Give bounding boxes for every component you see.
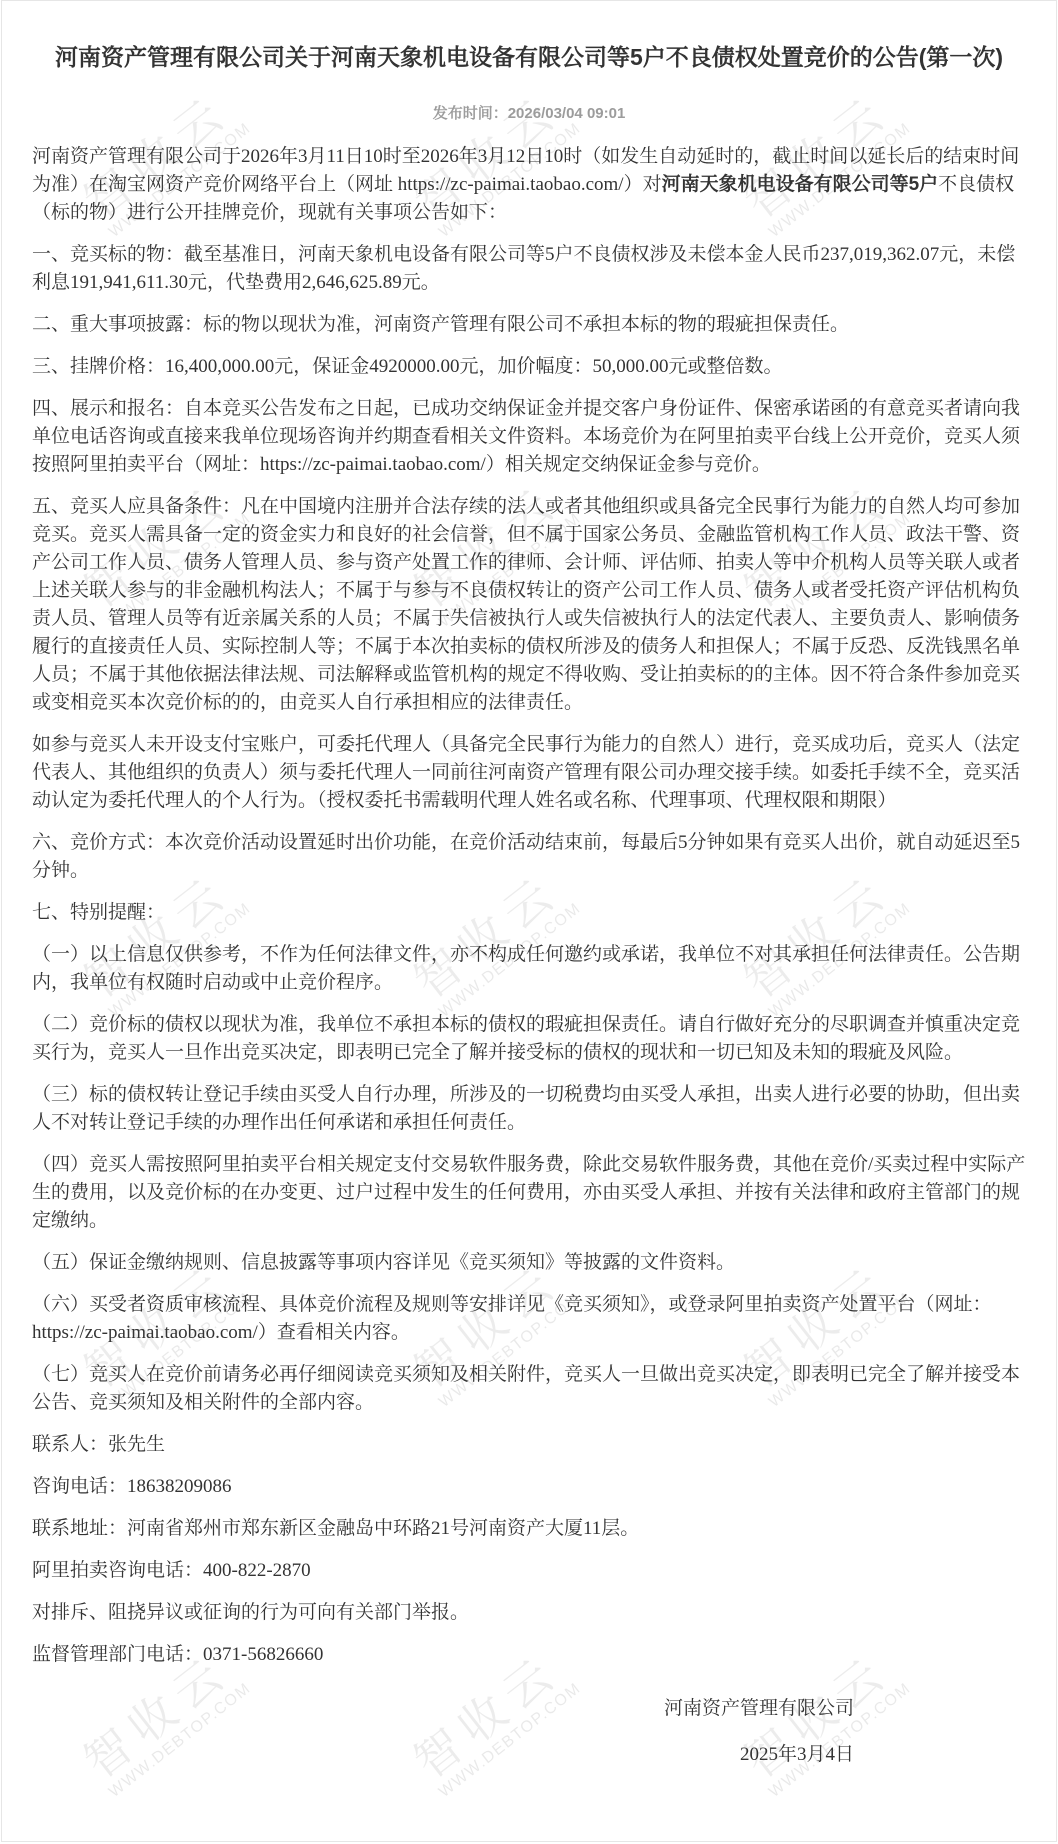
section-major-disclosure: 二、重大事项披露：标的物以现状为准，河南资产管理有限公司不承担本标的物的瑕疵担保… <box>32 311 1026 339</box>
reminder-5: （五）保证金缴纳规则、信息披露等事项内容详见《竞买须知》等披露的文件资料。 <box>32 1249 1026 1277</box>
publish-time: 发布时间：2026/03/04 09:01 <box>32 102 1026 123</box>
signature-company: 河南资产管理有限公司 <box>32 1695 854 1723</box>
section-display-registration: 四、展示和报名：自本竞买公告发布之日起，已成功交纳保证金并提交客户身份证件、保密… <box>32 395 1026 479</box>
section-bidder-qualifications: 五、竞买人应具备条件：凡在中国境内注册并合法存续的法人或者其他组织或具备完全民事… <box>32 493 1026 717</box>
publish-time-value: 2026/03/04 09:01 <box>508 105 626 122</box>
reminder-7: （七）竞买人在竞价前请务必再仔细阅读竞买须知及相关附件，竞买人一旦做出竞买决定，… <box>32 1361 1026 1417</box>
reminder-1: （一）以上信息仅供参考，不作为任何法律文件，亦不构成任何邀约或承诺，我单位不对其… <box>32 941 1026 997</box>
intro-paragraph: 河南资产管理有限公司于2026年3月11日10时至2026年3月12日10时（如… <box>32 143 1026 227</box>
section-agent-delegation: 如参与竞买人未开设支付宝账户，可委托代理人（具备完全民事行为能力的自然人）进行，… <box>32 731 1026 815</box>
reminder-2: （二）竞价标的债权以现状为准，我单位不承担本标的债权的瑕疵担保责任。请自行做好充… <box>32 1011 1026 1067</box>
contact-address: 联系地址：河南省郑州市郑东新区金融岛中环路21号河南资产大厦11层。 <box>32 1515 1026 1543</box>
page-title: 河南资产管理有限公司关于河南天象机电设备有限公司等5户不良债权处置竞价的公告(第… <box>32 39 1026 72</box>
announcement-content: 河南资产管理有限公司关于河南天象机电设备有限公司等5户不良债权处置竞价的公告(第… <box>2 39 1056 1813</box>
signature-date: 2025年3月4日 <box>32 1741 854 1769</box>
contact-phone: 咨询电话：18638209086 <box>32 1473 1026 1501</box>
reminder-3: （三）标的债权转让登记手续由买受人自行办理，所涉及的一切税费均由买受人承担，出卖… <box>32 1081 1026 1137</box>
section-bid-target: 一、竞买标的物：截至基准日，河南天象机电设备有限公司等5户不良债权涉及未偿本金人… <box>32 241 1026 297</box>
intro-highlight-company: 河南天象机电设备有限公司等5户 <box>662 174 939 195</box>
contact-person: 联系人：张先生 <box>32 1431 1026 1459</box>
reminder-6: （六）买受者资质审核流程、具体竞价流程及规则等安排详见《竞买须知》，或登录阿里拍… <box>32 1291 1026 1347</box>
announcement-page: 智收云WWW.DEBTOP.COM 智收云WWW.DEBTOP.COM 智收云W… <box>1 0 1057 1842</box>
report-note: 对排斥、阻挠异议或征询的行为可向有关部门举报。 <box>32 1599 1026 1627</box>
supervision-phone: 监督管理部门电话：0371-56826660 <box>32 1641 1026 1669</box>
reminder-4: （四）竞买人需按照阿里拍卖平台相关规定支付交易软件服务费，除此交易软件服务费，其… <box>32 1151 1026 1235</box>
section-bidding-method: 六、竞价方式：本次竞价活动设置延时出价功能，在竞价活动结束前，每最后5分钟如果有… <box>32 829 1026 885</box>
ali-auction-hotline: 阿里拍卖咨询电话：400-822-2870 <box>32 1557 1026 1585</box>
section-special-reminder-heading: 七、特别提醒： <box>32 899 1026 927</box>
section-listing-price: 三、挂牌价格：16,400,000.00元，保证金4920000.00元，加价幅… <box>32 353 1026 381</box>
publish-time-label: 发布时间： <box>433 105 508 122</box>
signature-block: 河南资产管理有限公司 2025年3月4日 <box>32 1695 1026 1769</box>
